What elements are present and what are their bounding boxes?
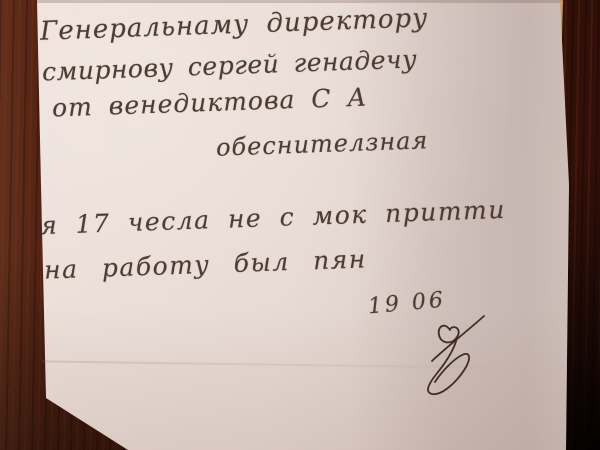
paper-top-edge-shadow xyxy=(37,0,560,3)
signature-flourish-icon xyxy=(405,305,505,400)
photo-scene: Генеральнаму директору смирнову сергей г… xyxy=(0,0,600,450)
